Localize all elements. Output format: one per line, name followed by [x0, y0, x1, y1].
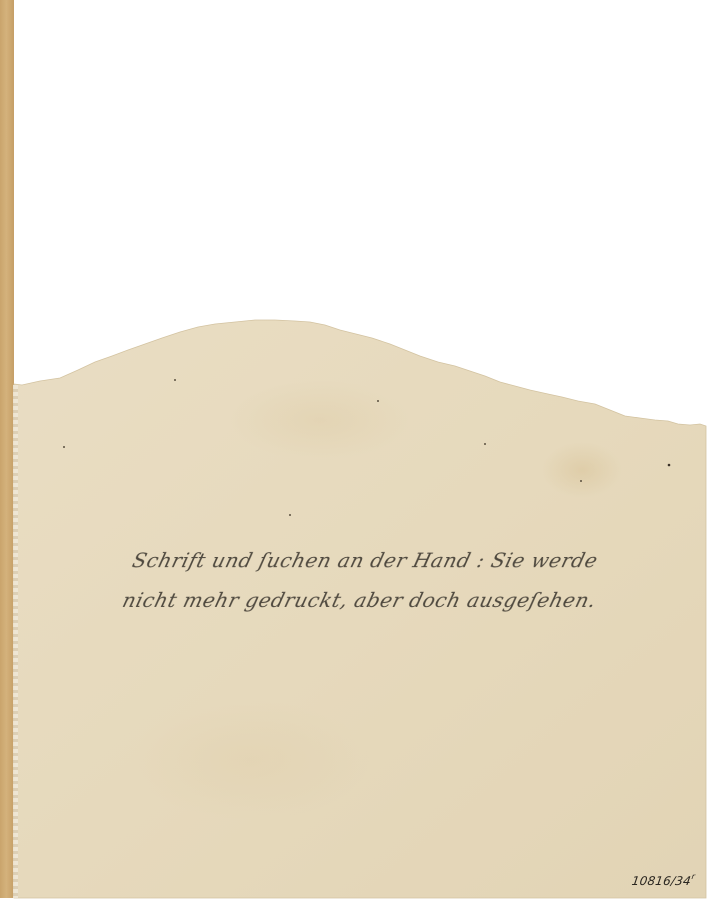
catalog-number: 10816/34	[631, 874, 692, 888]
binding-edge	[13, 385, 18, 898]
handwriting-line-1: Schrift und ſuchen an der Hand : Sie wer…	[128, 540, 678, 580]
manuscript-scan: Schrift und ſuchen an der Hand : Sie wer…	[0, 0, 708, 902]
torn-paper-leaf	[0, 0, 708, 902]
handwritten-text: Schrift und ſuchen an der Hand : Sie wer…	[118, 540, 678, 620]
catalog-suffix: r	[691, 872, 696, 881]
handwriting-line-2: nicht mehr gedruckt, aber doch ausgeſehe…	[118, 580, 668, 620]
catalog-mark: 10816/34r	[631, 872, 696, 888]
